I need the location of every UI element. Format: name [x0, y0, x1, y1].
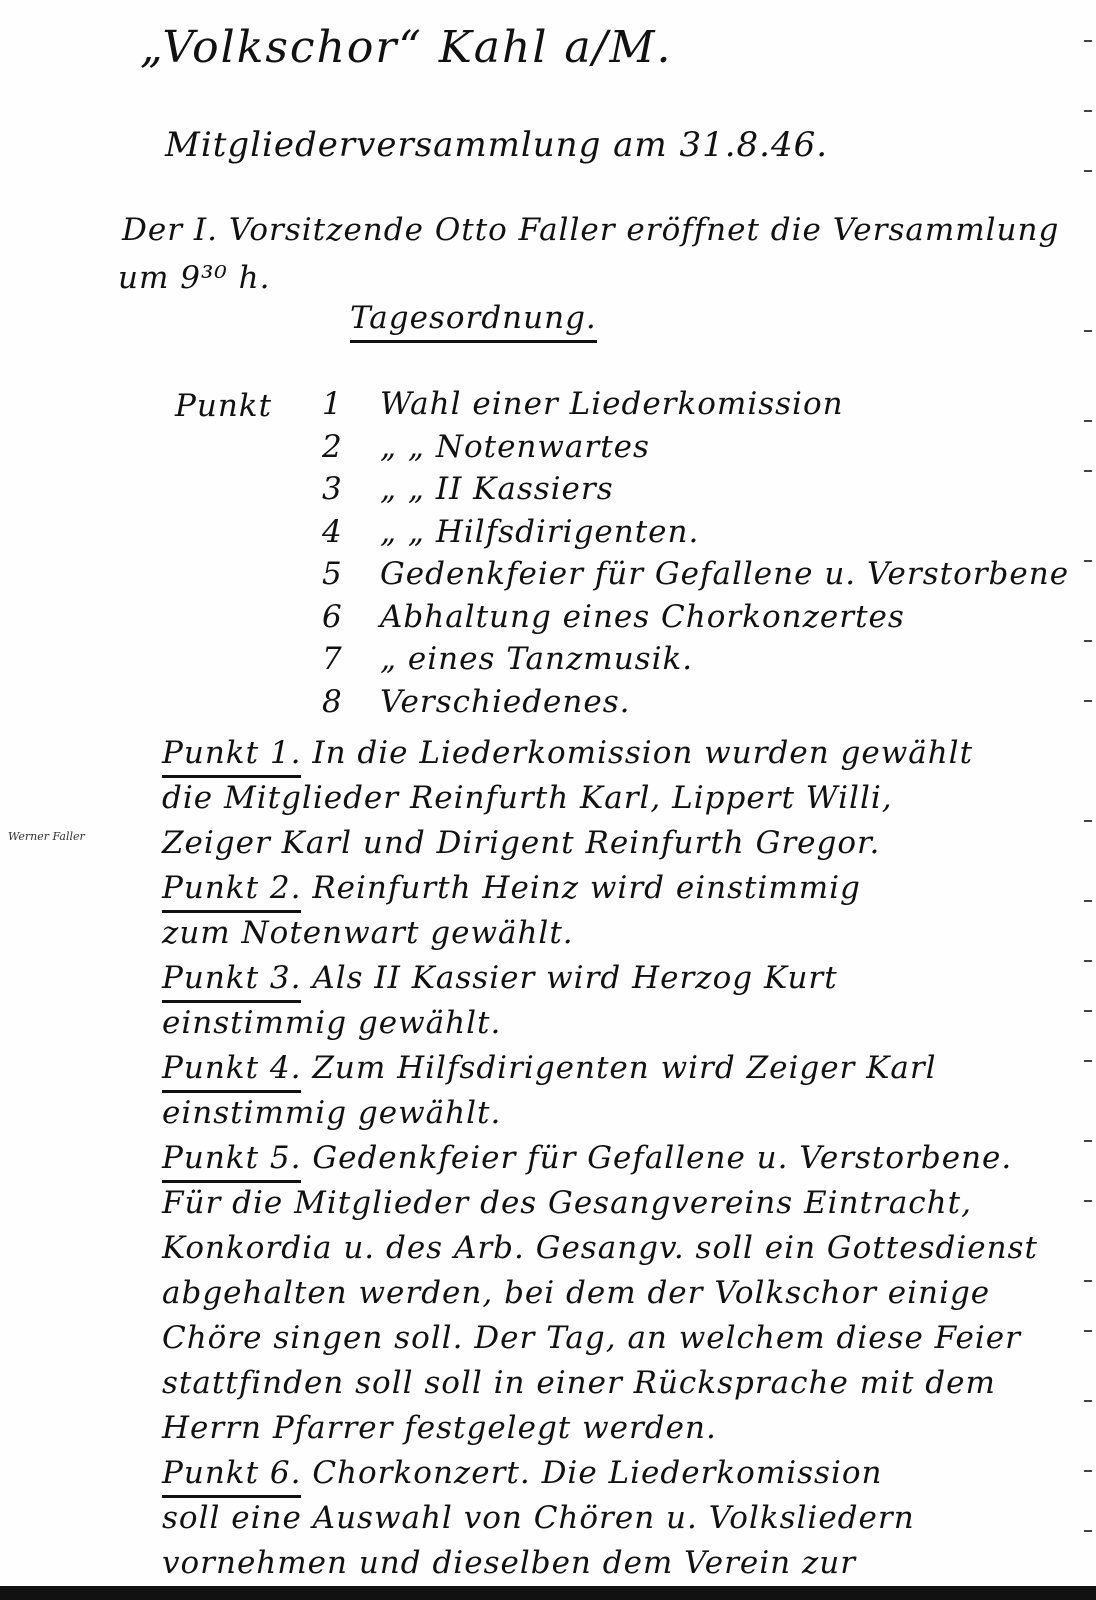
- minutes-line: stattfinden soll soll in einer Rücksprac…: [162, 1365, 996, 1401]
- minutes-text: Reinfurth Heinz wird einstimmig: [312, 870, 861, 906]
- punkt-label: Punkt 6.: [162, 1455, 301, 1498]
- minutes-text: Gedenkfeier für Gefallene u. Verstorbene…: [312, 1140, 1012, 1176]
- minutes-text: zum Notenwart gewählt.: [162, 915, 574, 951]
- intro-line-2: um 9³⁰ h.: [118, 260, 270, 296]
- document-header: „Volkschor“ Kahl a/M.: [140, 22, 673, 73]
- minutes-text: Chorkonzert. Die Liederkomission: [312, 1455, 882, 1491]
- agenda-item-text: Wahl einer Liederkomission: [380, 386, 844, 422]
- agenda-item-number: 8: [322, 684, 342, 720]
- agenda-item-text: „ „ II Kassiers: [380, 471, 614, 507]
- minutes-text: abgehalten werden, bei dem der Volkschor…: [162, 1275, 990, 1311]
- minutes-line: Konkordia u. des Arb. Gesangv. soll ein …: [162, 1230, 1038, 1266]
- intro-line-1: Der I. Vorsitzende Otto Faller eröffnet …: [122, 212, 1059, 248]
- punkt-label: Punkt 2.: [162, 870, 301, 913]
- punkt-label: Punkt 3.: [162, 960, 301, 1003]
- minutes-text: die Mitglieder Reinfurth Karl, Lippert W…: [162, 780, 893, 816]
- minutes-text: Zeiger Karl und Dirigent Reinfurth Grego…: [162, 825, 880, 861]
- minutes-text: stattfinden soll soll in einer Rücksprac…: [162, 1365, 996, 1401]
- handwritten-minutes-page: „Volkschor“ Kahl a/M. Mitgliederversamml…: [0, 0, 1096, 1600]
- minutes-line: Zeiger Karl und Dirigent Reinfurth Grego…: [162, 825, 880, 861]
- minutes-text: vornehmen und dieselben dem Verein zur: [162, 1545, 856, 1581]
- minutes-line: soll eine Auswahl von Chören u. Volkslie…: [162, 1500, 915, 1536]
- minutes-line: vornehmen und dieselben dem Verein zur: [162, 1545, 856, 1581]
- agenda-heading: Tagesordnung.: [350, 300, 597, 336]
- minutes-line: Punkt 5. Gedenkfeier für Gefallene u. Ve…: [162, 1140, 1012, 1176]
- agenda-item-number: 3: [322, 471, 342, 507]
- agenda-item-text: „ „ Hilfsdirigenten.: [380, 514, 699, 550]
- minutes-text: Konkordia u. des Arb. Gesangv. soll ein …: [162, 1230, 1038, 1266]
- minutes-line: Für die Mitglieder des Gesangvereins Ein…: [162, 1185, 972, 1221]
- agenda-item-number: 2: [322, 429, 342, 465]
- punkt-label: Punkt 5.: [162, 1140, 301, 1183]
- agenda-item-text: „ eines Tanzmusik.: [380, 641, 693, 677]
- minutes-line: Punkt 4. Zum Hilfsdirigenten wird Zeiger…: [162, 1050, 937, 1086]
- scan-edge-marks: [1082, 0, 1096, 1600]
- minutes-line: die Mitglieder Reinfurth Karl, Lippert W…: [162, 780, 893, 816]
- minutes-line: einstimmig gewählt.: [162, 1095, 501, 1131]
- minutes-line: einstimmig gewählt.: [162, 1005, 501, 1041]
- minutes-line: Punkt 2. Reinfurth Heinz wird einstimmig: [162, 870, 861, 906]
- agenda-item-number: 1: [322, 386, 342, 422]
- minutes-line: Chöre singen soll. Der Tag, an welchem d…: [162, 1320, 1021, 1356]
- minutes-line: Herrn Pfarrer festgelegt werden.: [162, 1410, 717, 1446]
- minutes-text: einstimmig gewählt.: [162, 1095, 501, 1131]
- punkt-label: Punkt 4.: [162, 1050, 301, 1093]
- minutes-text: Zum Hilfsdirigenten wird Zeiger Karl: [312, 1050, 936, 1086]
- minutes-line: Punkt 3. Als II Kassier wird Herzog Kurt: [162, 960, 838, 996]
- agenda-item-number: 4: [322, 514, 342, 550]
- agenda-label: Punkt: [175, 388, 272, 424]
- agenda-item-text: Verschiedenes.: [380, 684, 630, 720]
- agenda-item-text: Gedenkfeier für Gefallene u. Verstorbene: [380, 556, 1069, 592]
- punkt-label: Punkt 1.: [162, 735, 301, 778]
- minutes-line: zum Notenwart gewählt.: [162, 915, 574, 951]
- minutes-line: abgehalten werden, bei dem der Volkschor…: [162, 1275, 990, 1311]
- scan-bottom-edge: [0, 1586, 1096, 1600]
- agenda-item-text: „ „ Notenwartes: [380, 429, 650, 465]
- agenda-item-number: 6: [322, 599, 342, 635]
- margin-note: Werner Faller: [8, 830, 85, 843]
- minutes-text: Chöre singen soll. Der Tag, an welchem d…: [162, 1320, 1021, 1356]
- minutes-line: Punkt 1. In die Liederkomission wurden g…: [162, 735, 973, 771]
- minutes-text: In die Liederkomission wurden gewählt: [312, 735, 973, 771]
- agenda-item-text: Abhaltung eines Chorkonzertes: [380, 599, 905, 635]
- minutes-line: Punkt 6. Chorkonzert. Die Liederkomissio…: [162, 1455, 883, 1491]
- agenda-item-number: 5: [322, 556, 342, 592]
- minutes-text: soll eine Auswahl von Chören u. Volkslie…: [162, 1500, 915, 1536]
- minutes-text: Herrn Pfarrer festgelegt werden.: [162, 1410, 717, 1446]
- minutes-text: Für die Mitglieder des Gesangvereins Ein…: [162, 1185, 972, 1221]
- meeting-title: Mitgliederversammlung am 31.8.46.: [165, 125, 828, 165]
- minutes-text: einstimmig gewählt.: [162, 1005, 501, 1041]
- minutes-text: Als II Kassier wird Herzog Kurt: [312, 960, 837, 996]
- agenda-item-number: 7: [322, 641, 342, 677]
